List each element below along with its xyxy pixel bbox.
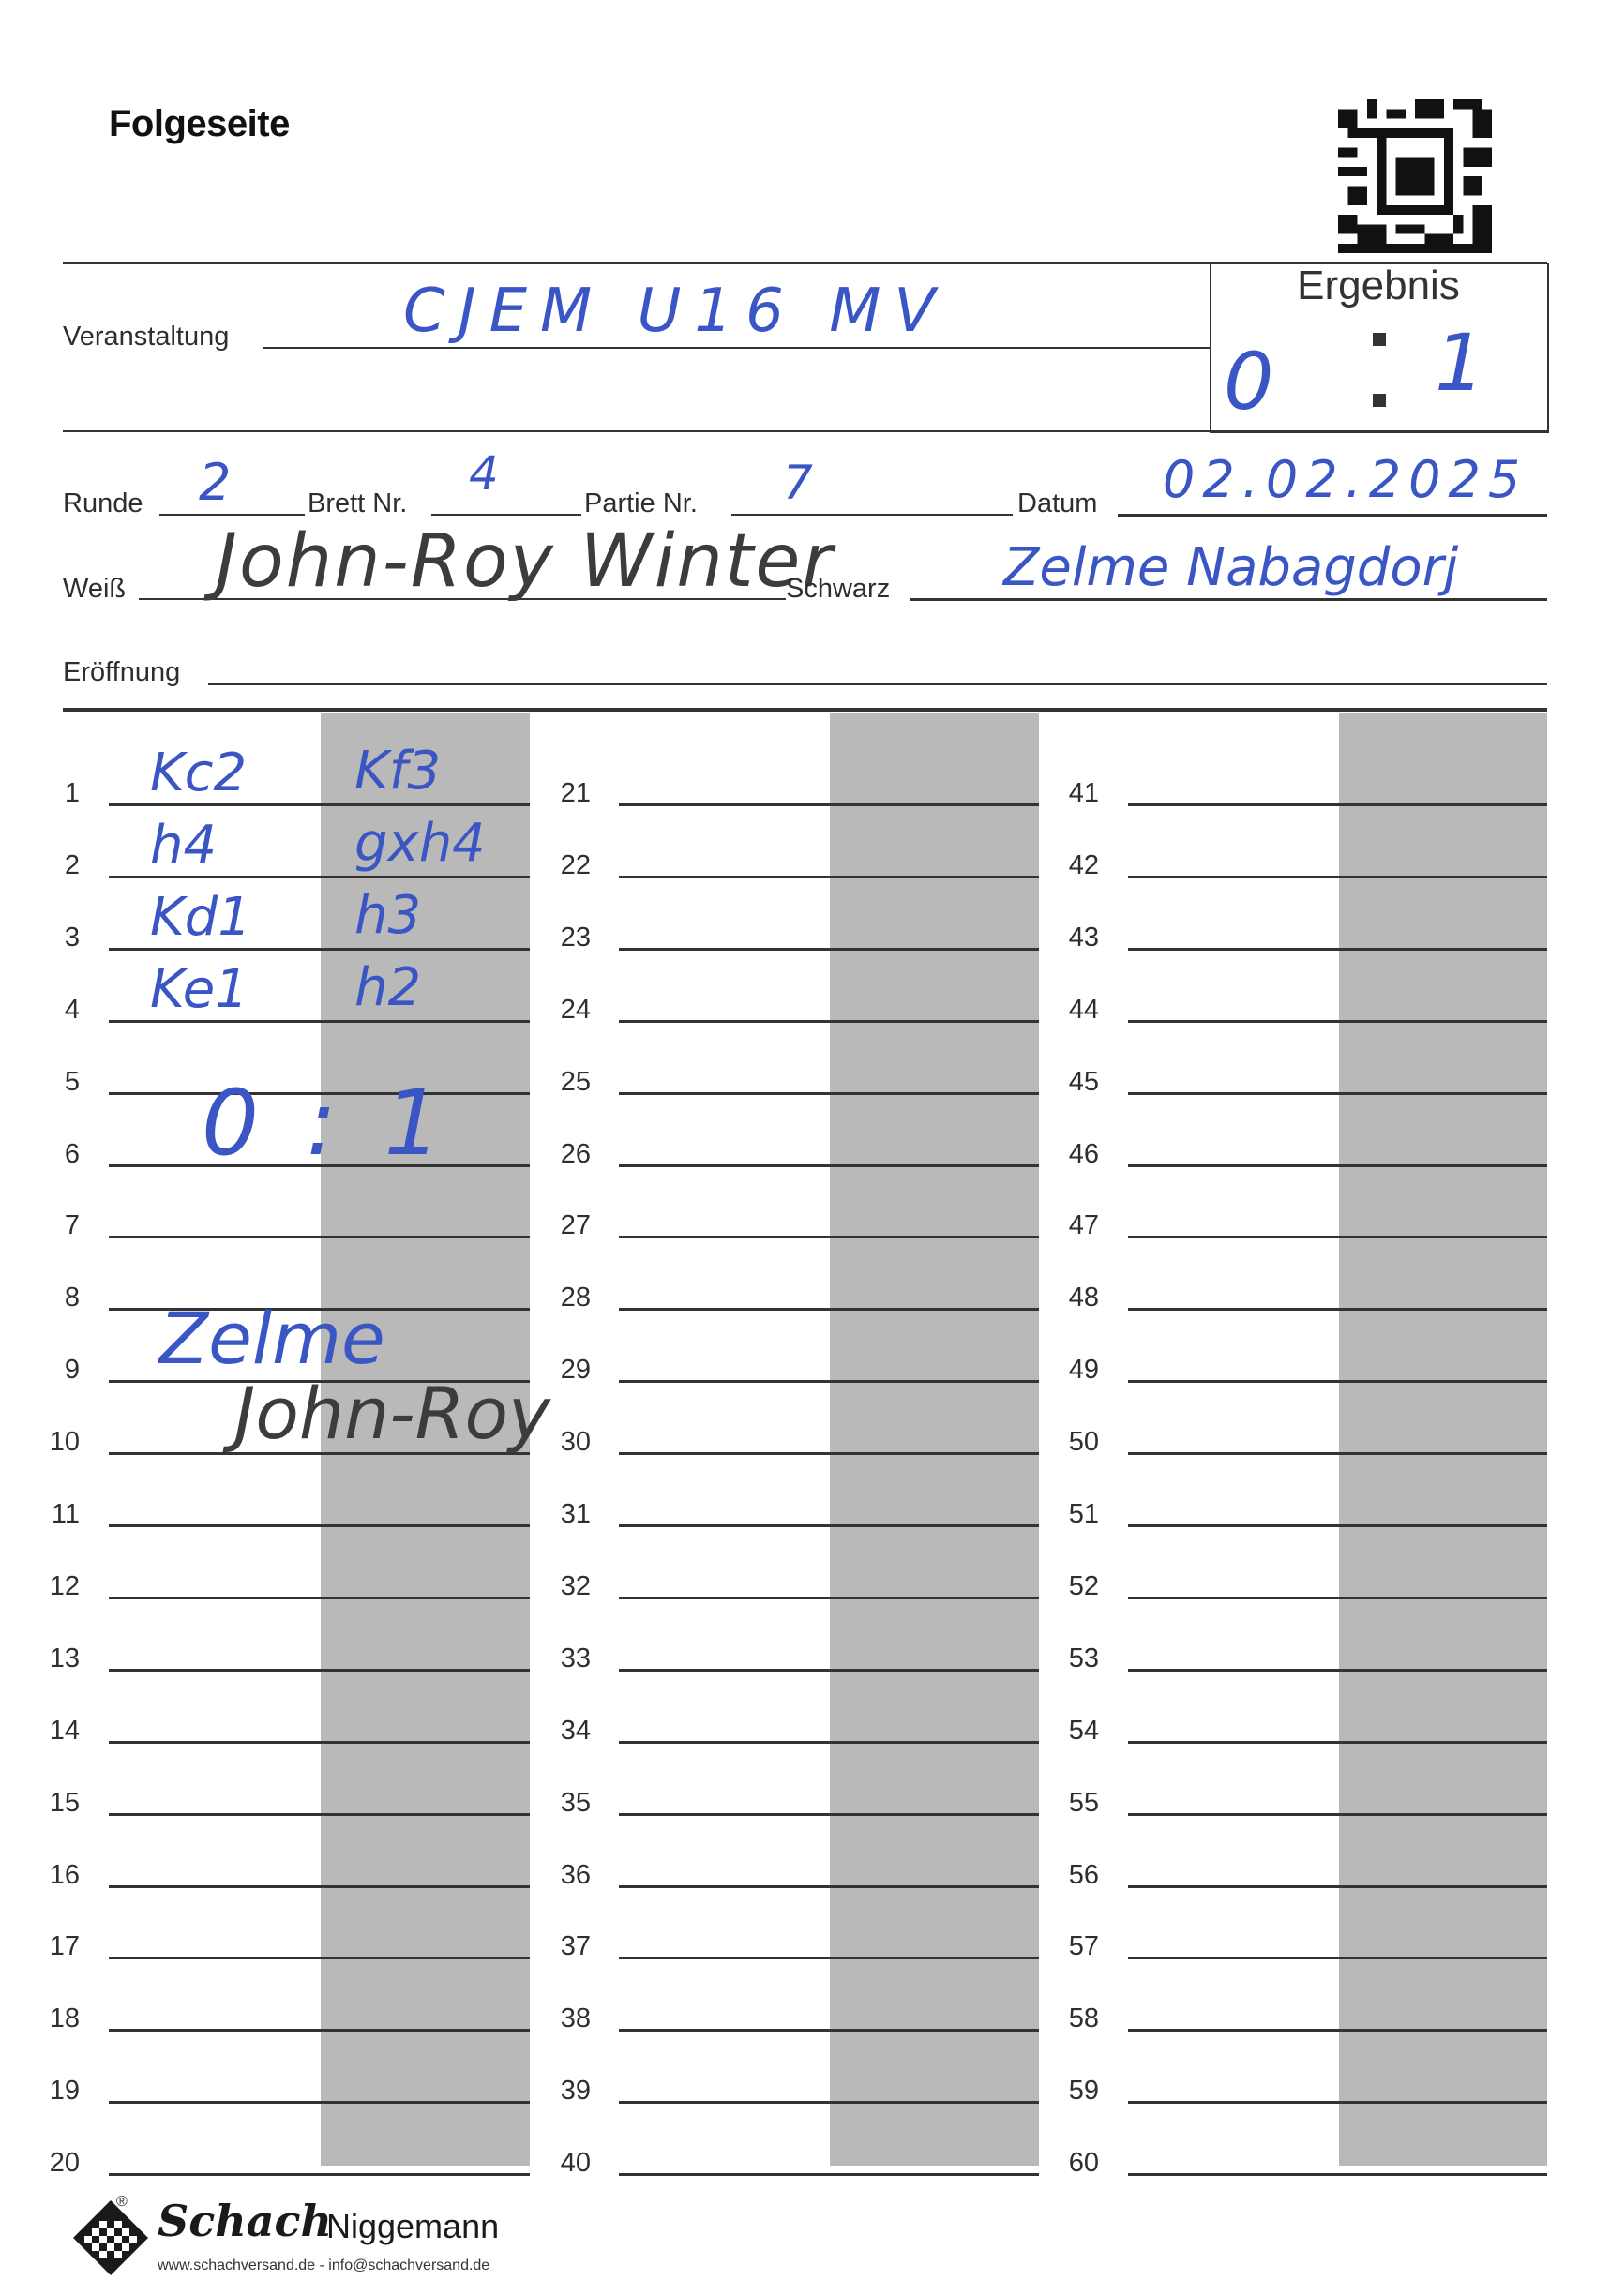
move-entry-line[interactable] [1128, 1813, 1547, 1816]
move-entry-line[interactable] [1128, 1957, 1547, 1959]
event-row-divider [63, 430, 1547, 432]
move-entry-line[interactable] [619, 803, 1039, 806]
move-number: 10 [42, 1429, 80, 1456]
move-number: 12 [42, 1573, 80, 1600]
move-number: 57 [1061, 1933, 1099, 1960]
move-number: 40 [553, 2150, 591, 2177]
move-entry-line[interactable] [109, 2101, 530, 2104]
move-number: 38 [553, 2005, 591, 2033]
moves-top-rule [63, 708, 1547, 712]
move-entry-line[interactable] [619, 1164, 1039, 1167]
black-player-field[interactable]: Zelme Nabagdorj [1003, 542, 1458, 594]
move-number: 48 [1061, 1284, 1099, 1312]
move-entry-line[interactable] [619, 2029, 1039, 2032]
move-number: 52 [1061, 1573, 1099, 1600]
move-number: 16 [42, 1862, 80, 1889]
move-entry-line[interactable] [1128, 803, 1547, 806]
move-number: 55 [1061, 1790, 1099, 1817]
date-field[interactable]: 02.02.2025 [1163, 455, 1527, 505]
move-entry-line[interactable] [619, 1236, 1039, 1238]
brand-contact[interactable]: www.schachversand.de - info@schachversan… [158, 2258, 489, 2274]
datamatrix-code-icon [1338, 99, 1492, 253]
move-number: 47 [1061, 1212, 1099, 1239]
move-number: 34 [553, 1718, 591, 1745]
move-entry-line[interactable] [1128, 1885, 1547, 1888]
date-line [1118, 514, 1547, 517]
move-entry-line[interactable] [619, 1308, 1039, 1311]
move-entry-line[interactable] [109, 1236, 530, 1238]
black-signature: Zelme [159, 1303, 385, 1374]
move-entry-line[interactable] [619, 948, 1039, 951]
move-number: 35 [553, 1790, 591, 1817]
white-move[interactable]: Kc2 [150, 747, 247, 800]
move-entry-line[interactable] [619, 1020, 1039, 1023]
move-entry-line[interactable] [1128, 1308, 1547, 1311]
move-number: 26 [553, 1141, 591, 1168]
move-entry-line[interactable] [619, 1669, 1039, 1672]
move-number: 50 [1061, 1429, 1099, 1456]
black-move[interactable]: h3 [354, 890, 421, 942]
result-label: Ergebnis [1210, 263, 1547, 309]
move-number: 6 [42, 1141, 80, 1168]
move-entry-line[interactable] [109, 1669, 530, 1672]
move-entry-line[interactable] [1128, 948, 1547, 951]
move-entry-line[interactable] [619, 876, 1039, 878]
move-number: 42 [1061, 852, 1099, 879]
black-move[interactable]: gxh4 [354, 818, 486, 870]
move-number: 19 [42, 2078, 80, 2105]
white-player-label: Weiß [63, 576, 126, 603]
move-number: 20 [42, 2150, 80, 2177]
move-entry-line[interactable] [619, 1741, 1039, 1744]
white-player-field[interactable]: John-Roy Winter [216, 525, 834, 598]
move-entry-line[interactable] [109, 1885, 530, 1888]
move-entry-line[interactable] [619, 1957, 1039, 1959]
chess-board-diamond-icon [71, 2198, 150, 2277]
move-entry-line[interactable] [1128, 2029, 1547, 2032]
opening-label: Eröffnung [63, 659, 180, 686]
result-colon-top [1373, 333, 1386, 346]
black-moves-shade-col2 [830, 713, 1039, 2166]
move-entry-line[interactable] [619, 1380, 1039, 1383]
brand-name: Niggemann [326, 2207, 499, 2246]
board-field[interactable]: 4 [469, 450, 499, 497]
move-number: 44 [1061, 997, 1099, 1024]
move-number: 27 [553, 1212, 591, 1239]
black-move[interactable]: h2 [354, 962, 421, 1014]
round-field[interactable]: 2 [199, 458, 231, 508]
move-entry-line[interactable] [619, 1813, 1039, 1816]
move-number: 5 [42, 1069, 80, 1096]
move-number: 32 [553, 1573, 591, 1600]
move-number: 54 [1061, 1718, 1099, 1745]
move-entry-line[interactable] [1128, 1452, 1547, 1455]
move-entry-line[interactable] [619, 2101, 1039, 2104]
page-title: Folgeseite [109, 103, 290, 145]
white-move[interactable]: Kd1 [150, 892, 251, 944]
move-number: 14 [42, 1718, 80, 1745]
move-number: 3 [42, 924, 80, 952]
move-number: 31 [553, 1501, 591, 1528]
result-annotation: 0 : 1 [202, 1078, 451, 1168]
move-number: 9 [42, 1357, 80, 1384]
move-number: 13 [42, 1645, 80, 1673]
move-number: 60 [1061, 2150, 1099, 2177]
move-number: 58 [1061, 2005, 1099, 2033]
move-number: 33 [553, 1645, 591, 1673]
white-move[interactable]: Ke1 [150, 964, 248, 1016]
move-number: 4 [42, 997, 80, 1024]
move-number: 18 [42, 2005, 80, 2033]
move-entry-line[interactable] [109, 1957, 530, 1959]
move-entry-line[interactable] [619, 2173, 1039, 2176]
game-line [731, 514, 1013, 516]
move-entry-line[interactable] [109, 1020, 530, 1023]
move-number: 37 [553, 1933, 591, 1960]
brand-script: Schach [158, 2196, 332, 2246]
board-label: Brett Nr. [308, 490, 407, 518]
move-number: 53 [1061, 1645, 1099, 1673]
black-player-label: Schwarz [786, 576, 890, 603]
move-number: 29 [553, 1357, 591, 1384]
event-line [263, 347, 1210, 349]
move-number: 8 [42, 1284, 80, 1312]
move-number: 59 [1061, 2078, 1099, 2105]
move-entry-line[interactable] [1128, 876, 1547, 878]
move-entry-line[interactable] [619, 1597, 1039, 1599]
move-entry-line[interactable] [109, 1813, 530, 1816]
game-label: Partie Nr. [584, 490, 698, 518]
move-number: 56 [1061, 1862, 1099, 1889]
move-entry-line[interactable] [1128, 1164, 1547, 1167]
white-move[interactable]: h4 [150, 819, 217, 872]
move-entry-line[interactable] [1128, 2101, 1547, 2104]
move-entry-line[interactable] [1128, 1524, 1547, 1527]
move-number: 11 [42, 1501, 80, 1528]
result-white-score[interactable]: 0 [1224, 342, 1273, 421]
move-entry-line[interactable] [1128, 1597, 1547, 1599]
move-entry-line[interactable] [1128, 2173, 1547, 2176]
move-number: 22 [553, 852, 591, 879]
black-moves-shade-col3 [1339, 713, 1547, 2166]
event-label: Veranstaltung [63, 323, 229, 351]
move-entry-line[interactable] [1128, 1092, 1547, 1095]
move-entry-line[interactable] [1128, 1380, 1547, 1383]
event-field[interactable]: CJEM U16 MV [403, 281, 948, 341]
move-entry-line[interactable] [109, 948, 530, 951]
move-entry-line[interactable] [619, 1524, 1039, 1527]
move-number: 2 [42, 852, 80, 879]
move-entry-line[interactable] [619, 1885, 1039, 1888]
move-number: 21 [553, 780, 591, 807]
move-number: 36 [553, 1862, 591, 1889]
move-number: 39 [553, 2078, 591, 2105]
move-entry-line[interactable] [619, 1092, 1039, 1095]
move-number: 23 [553, 924, 591, 952]
move-entry-line[interactable] [1128, 1669, 1547, 1672]
white-signature: John-Roy [234, 1378, 550, 1449]
move-number: 41 [1061, 780, 1099, 807]
move-entry-line[interactable] [109, 1597, 530, 1599]
move-entry-line[interactable] [109, 1741, 530, 1744]
move-number: 30 [553, 1429, 591, 1456]
move-number: 1 [42, 780, 80, 807]
registered-mark: ® [116, 2194, 128, 2211]
move-number: 25 [553, 1069, 591, 1096]
move-entry-line[interactable] [109, 803, 530, 806]
move-number: 43 [1061, 924, 1099, 952]
date-label: Datum [1017, 490, 1097, 518]
move-entry-line[interactable] [109, 876, 530, 878]
black-player-line [910, 598, 1547, 601]
move-entry-line[interactable] [109, 2029, 530, 2032]
round-line [159, 514, 305, 516]
board-line [431, 514, 581, 516]
round-label: Runde [63, 490, 143, 518]
move-number: 15 [42, 1790, 80, 1817]
move-number: 46 [1061, 1141, 1099, 1168]
move-number: 45 [1061, 1069, 1099, 1096]
move-entry-line[interactable] [1128, 1020, 1547, 1023]
black-move[interactable]: Kf3 [354, 745, 441, 798]
move-entry-line[interactable] [619, 1452, 1039, 1455]
move-number: 28 [553, 1284, 591, 1312]
move-number: 49 [1061, 1357, 1099, 1384]
move-entry-line[interactable] [109, 1524, 530, 1527]
move-number: 7 [42, 1212, 80, 1239]
result-black-score[interactable]: 1 [1435, 323, 1484, 402]
move-entry-line[interactable] [109, 2173, 530, 2176]
move-number: 51 [1061, 1501, 1099, 1528]
move-number: 17 [42, 1933, 80, 1960]
opening-line [208, 683, 1547, 685]
move-entry-line[interactable] [1128, 1741, 1547, 1744]
move-entry-line[interactable] [1128, 1236, 1547, 1238]
game-field[interactable]: 7 [783, 459, 813, 506]
move-number: 24 [553, 997, 591, 1024]
result-colon-bottom [1373, 394, 1386, 407]
